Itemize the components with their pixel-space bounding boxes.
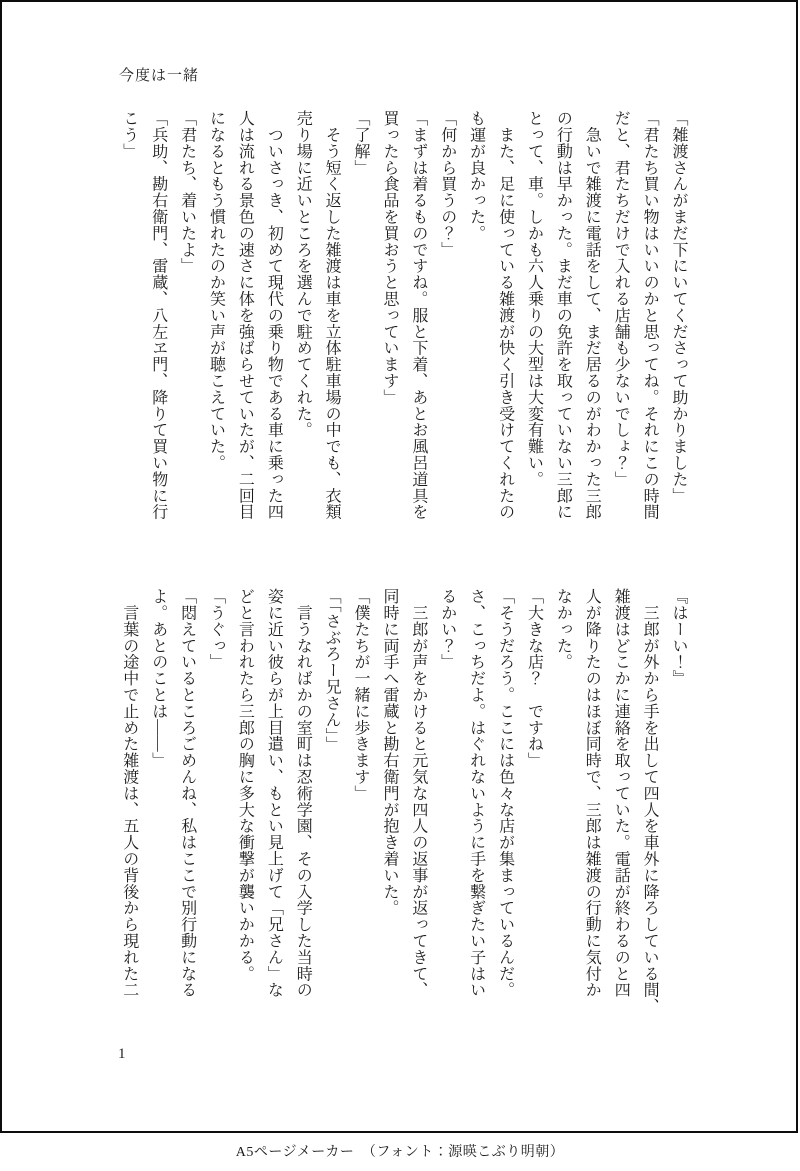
text-column: 売り場に近いところを選んで駐めてくれた。 bbox=[287, 110, 316, 578]
text-block-bottom: 『はーい！』 三郎が外から手を出して四人を車外に降ろしている間、雑渡はどこかに連… bbox=[114, 588, 692, 1048]
text-column: になるともう慣れたのか笑い声が聴こえていた。 bbox=[201, 110, 230, 578]
text-column: 買ったら食品を買おうと思っています」 bbox=[374, 110, 403, 578]
text-column: 言うなればかの室町は忍術学園、その入学した当時の bbox=[287, 588, 316, 1048]
text-column: 「悶えているところごめんね、私はここで別行動になる bbox=[172, 588, 201, 1048]
text-block-top: 「雑渡さんがまだ下にいてくださって助かりました」「君たち買い物はいいのかと思って… bbox=[114, 110, 692, 578]
text-column: るかい？」 bbox=[432, 588, 461, 1048]
text-column: 「僕たちが一緒に歩きます」 bbox=[345, 588, 374, 1048]
text-column: 「兵助、勘右衛門、雷蔵、八左ヱ門、降りて買い物に行 bbox=[143, 110, 172, 578]
text-column: だと、君たちだけで入れる店舗も少ないでしょ？」 bbox=[605, 110, 634, 578]
text-column: どと言われたら三郎の胸に多大な衝撃が襲いかかる。 bbox=[230, 588, 259, 1048]
text-column: 人が降りたのはほぼ同時で、三郎は雑渡の行動に気付か bbox=[576, 588, 605, 1048]
text-column: よ。あとのことは――」 bbox=[143, 588, 172, 1048]
text-column: 急いで雑渡に電話をして、まだ居るのがわかった三郎 bbox=[576, 110, 605, 578]
doc-title: 今度は一緒 bbox=[119, 64, 199, 85]
text-column: さ、こっちだよ。はぐれないように手を繋ぎたい子はい bbox=[461, 588, 490, 1048]
page-frame: 今度は一緒 「雑渡さんがまだ下にいてくださって助かりました」「君たち買い物はいい… bbox=[0, 0, 798, 1133]
text-column: なかった。 bbox=[547, 588, 576, 1048]
text-column: 雑渡はどこかに連絡を取っていた。電話が終わるのと四 bbox=[605, 588, 634, 1048]
text-column: 「「さぶろー兄さん」」 bbox=[316, 588, 345, 1048]
text-column: また、足に使っている雑渡が快く引き受けてくれたの bbox=[490, 110, 519, 578]
text-column: 「君たち買い物はいいのかと思ってね。それにこの時間 bbox=[634, 110, 663, 578]
text-column: の行動は早かった。まだ車の免許を取っていない三郎に bbox=[547, 110, 576, 578]
text-column: 三郎が声をかけると元気な四人の返事が返ってきて、 bbox=[403, 588, 432, 1048]
text-column: 三郎が外から手を出して四人を車外に降ろしている間、 bbox=[634, 588, 663, 1048]
footer-caption: A5ページメーカー （フォント：源暎こぶり明朝） bbox=[0, 1141, 800, 1161]
text-column: 「そうだろう。ここには色々な店が集まっているんだ。 bbox=[490, 588, 519, 1048]
text-column: ついさっき、初めて現代の乗り物である車に乗った四 bbox=[258, 110, 287, 578]
text-column: 「まずは着るものですね。服と下着、あとお風呂道具を bbox=[403, 110, 432, 578]
text-column: そう短く返した雑渡は車を立体駐車場の中でも、衣類 bbox=[316, 110, 345, 578]
text-column: 「雑渡さんがまだ下にいてくださって助かりました」 bbox=[663, 110, 692, 578]
text-column: 「うぐっ」 bbox=[201, 588, 230, 1048]
text-column: 人は流れる景色の速さに体を強ばらせていたが、二回目 bbox=[230, 110, 259, 578]
page-number: 1 bbox=[118, 1046, 126, 1063]
text-column: 「君たち、着いたよ」 bbox=[172, 110, 201, 578]
text-column: 「了解」 bbox=[345, 110, 374, 578]
text-column: 「何から買うの？」 bbox=[432, 110, 461, 578]
text-column: 同時に両手へ雷蔵と勘右衛門が抱き着いた。 bbox=[374, 588, 403, 1048]
text-column: も運が良かった。 bbox=[461, 110, 490, 578]
text-column: とって、車。しかも六人乗りの大型は大変有難い。 bbox=[519, 110, 548, 578]
text-column: 『はーい！』 bbox=[663, 588, 692, 1048]
text-column: 姿に近い彼らが上目遣い、もとい見上げて「兄さん」な bbox=[258, 588, 287, 1048]
text-column: 「大きな店？ ですね」 bbox=[519, 588, 548, 1048]
text-column: こう」 bbox=[114, 110, 143, 578]
text-column: 言葉の途中で止めた雑渡は、五人の背後から現れた二 bbox=[114, 588, 143, 1048]
